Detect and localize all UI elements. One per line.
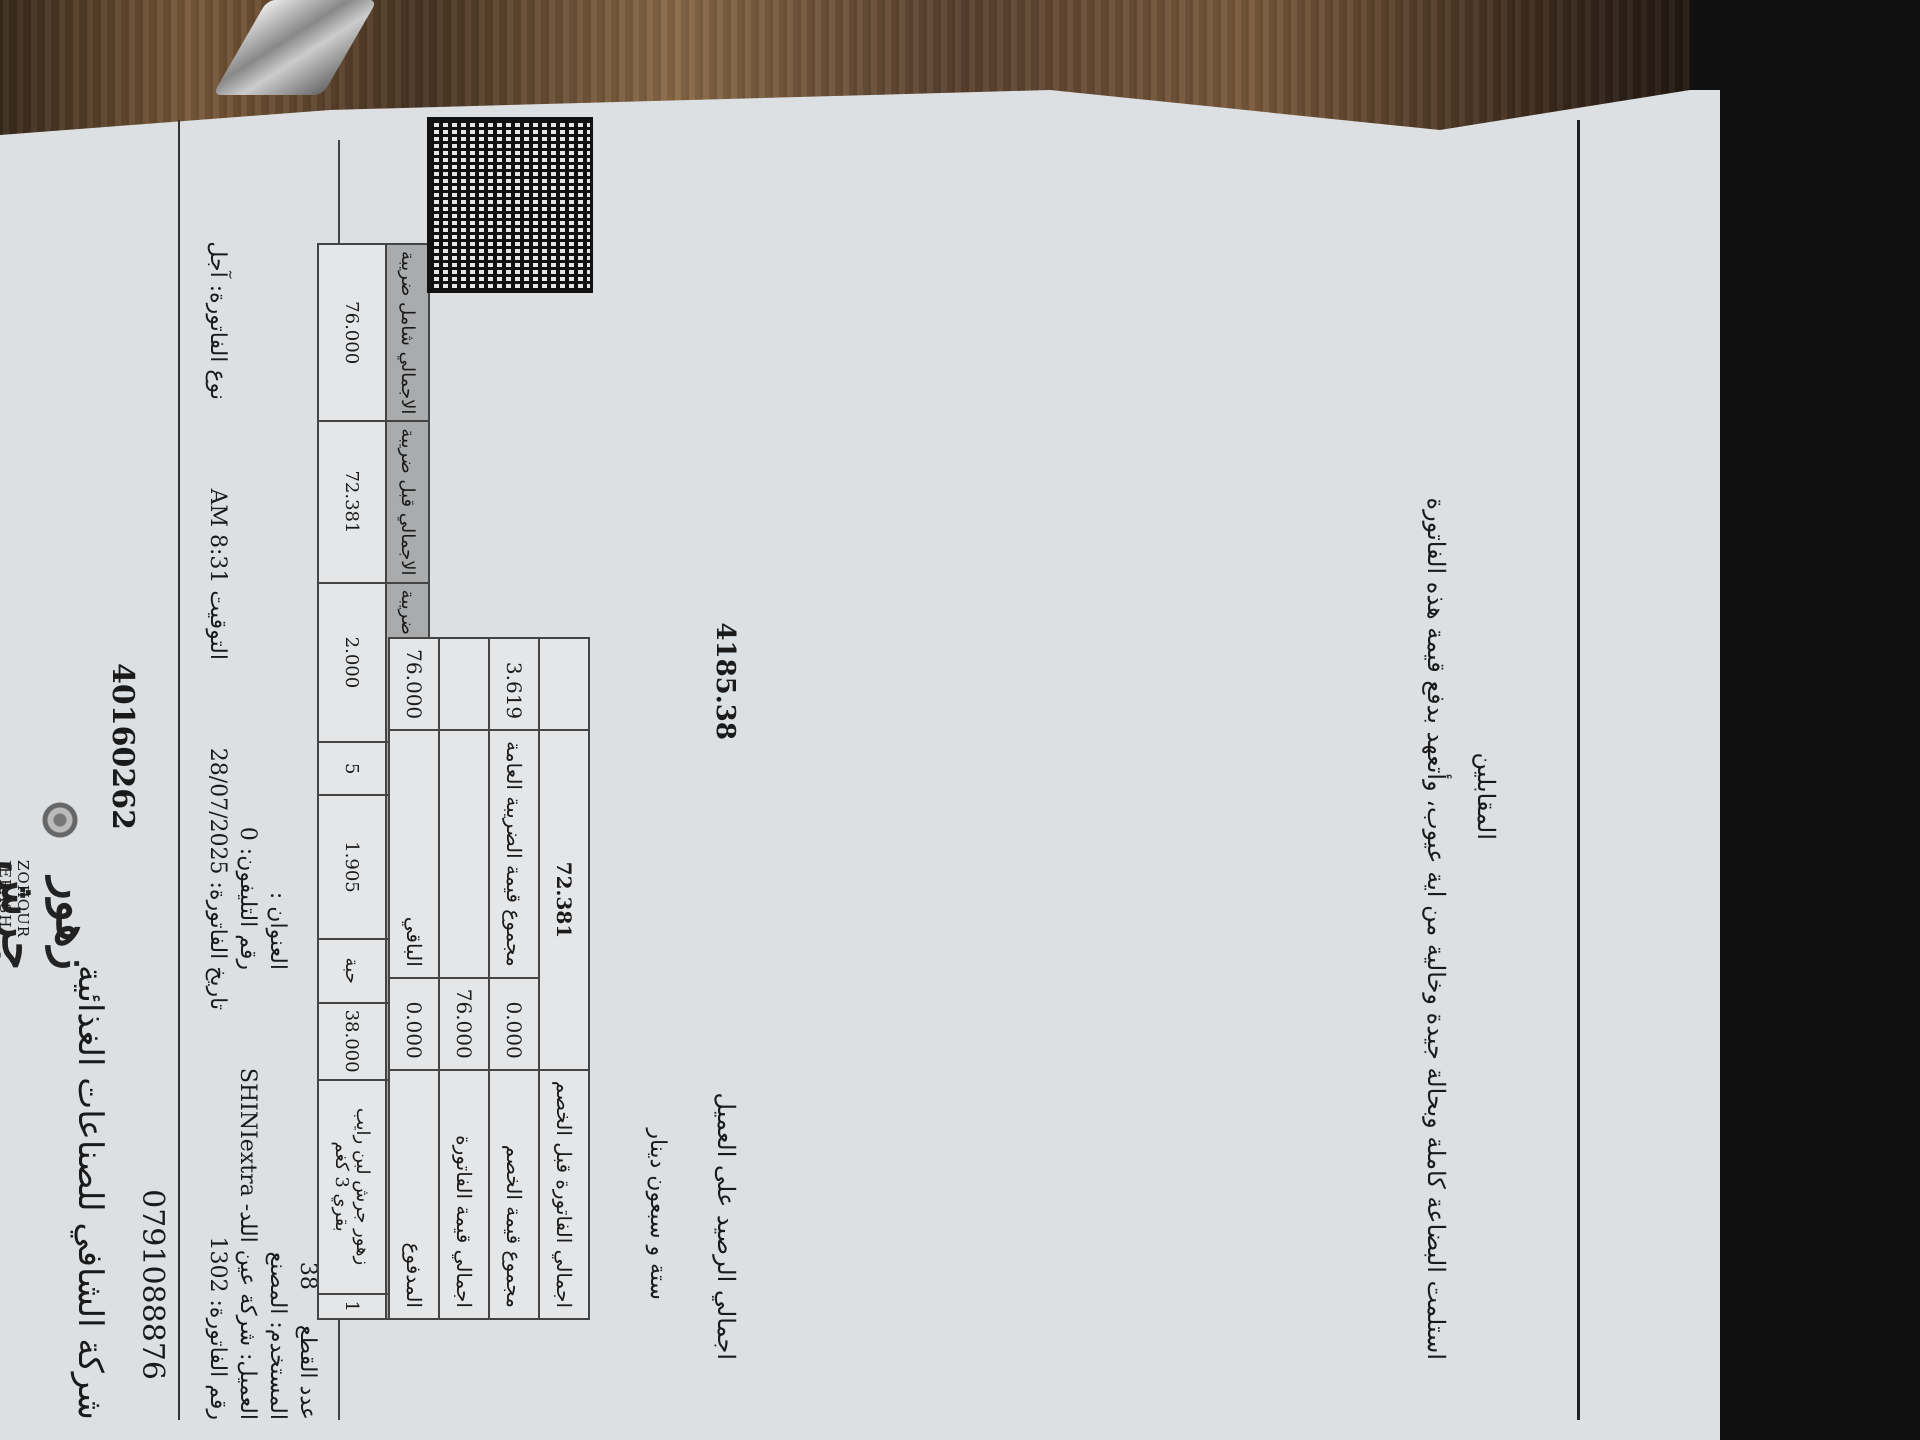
amount-in-words: ستة و سبعون دينار bbox=[645, 1128, 670, 1300]
invoice-number: رقم الفاتورة: 1302 bbox=[205, 1237, 230, 1420]
user-label: المستخدم: bbox=[265, 1321, 290, 1420]
discount-label: مجموع قيمة الخصم bbox=[489, 1070, 539, 1319]
invoice-total-label: اجمالي قيمة الفاتورة bbox=[439, 1070, 489, 1319]
empty-cell bbox=[439, 730, 489, 978]
cell-tax-percent: 5 bbox=[318, 742, 386, 795]
user: المستخدم: المصنع bbox=[265, 1251, 290, 1420]
remaining-label: الباقي bbox=[389, 730, 439, 978]
brand-logo: زهور جرش ZOHOUR JERASH bbox=[10, 780, 100, 970]
invoice-number-value: 1302 bbox=[205, 1237, 230, 1293]
invoice-total-value: 76.000 bbox=[439, 978, 489, 1070]
customer: العميل: شركة عين اللد- SHINIextra bbox=[235, 1068, 260, 1420]
invoice-number-label: رقم الفاتورة: bbox=[205, 1300, 230, 1420]
tax-value: 3.619 bbox=[489, 638, 539, 730]
cell-index: 1 bbox=[318, 1294, 386, 1319]
empty-cell bbox=[439, 638, 489, 730]
registration-number: 40160262 bbox=[105, 663, 140, 830]
address: العنوان : bbox=[265, 892, 290, 970]
brand-english: ZOHOUR JERASH bbox=[0, 860, 32, 970]
invoice-date-label: تاريخ الفاتورة: bbox=[205, 882, 230, 1010]
receipt-statement-line2: المقابلين bbox=[1472, 753, 1500, 840]
col-total-before-tax: الاجمالي قبل ضريبة bbox=[386, 421, 429, 582]
customer-value: شركة عين اللد- SHINIextra bbox=[235, 1068, 260, 1346]
before-discount-value: 72.381 bbox=[539, 730, 589, 1070]
totals-row: اجمالي الفاتورة قبل الخصم 72.381 bbox=[539, 638, 589, 1319]
invoice-time: التوقيت AM 8:31 bbox=[205, 489, 230, 660]
cell-total-incl-tax: 76.000 bbox=[318, 244, 386, 421]
receipt-statement: استلمت البضاعة كاملة وبحالة جيدة وخالية … bbox=[1422, 498, 1450, 1361]
user-value: المصنع bbox=[265, 1251, 290, 1314]
header-divider bbox=[178, 120, 180, 1420]
footer-divider bbox=[1577, 120, 1580, 1420]
address-label: العنوان : bbox=[265, 892, 290, 970]
invoice-date-value: 28/07/2025 bbox=[205, 748, 230, 875]
totals-row: مجموع قيمة الخصم 0.000 مجموع قيمة الضريب… bbox=[489, 638, 539, 1319]
tax-label: مجموع قيمة الضريبة العامة bbox=[489, 730, 539, 978]
col-total-incl-tax: الاجمالي شامل ضريبة bbox=[386, 244, 429, 421]
customer-balance-label: اجمالي الرصيد على العميل bbox=[712, 1093, 740, 1360]
invoice-type: نوع الفاتورة: آجل bbox=[205, 241, 230, 400]
phone-label: رقم التليفون: bbox=[235, 848, 260, 970]
cell-quantity: 38.000 bbox=[318, 1003, 386, 1080]
cell-product: زهور جرش لبن رايب بقري 3 كغم bbox=[318, 1080, 386, 1294]
paid-value: 0.000 bbox=[389, 978, 439, 1070]
invoice-type-label: نوع الفاتورة: bbox=[205, 285, 230, 400]
totals-table: اجمالي الفاتورة قبل الخصم 72.381 مجموع ق… bbox=[388, 637, 590, 1320]
totals-row: المدفوع 0.000 الباقي 76.000 bbox=[389, 638, 439, 1319]
invoice-date: تاريخ الفاتورة: 28/07/2025 bbox=[205, 748, 230, 1010]
cell-price-before-tax: 1.905 bbox=[318, 795, 386, 939]
table-row: 1 زهور جرش لبن رايب بقري 3 كغم 38.000 حب… bbox=[318, 244, 386, 1319]
time-label: التوقيت bbox=[205, 590, 230, 660]
invoice-type-value: آجل bbox=[205, 241, 230, 277]
discount-value: 0.000 bbox=[489, 978, 539, 1070]
pieces-label: عدد القطع bbox=[295, 1325, 320, 1420]
invoice-document: شركة الشافي للصناعات الغذائية 0791088876… bbox=[50, 100, 1670, 1440]
dark-surface bbox=[1690, 0, 1920, 1440]
qr-code bbox=[430, 120, 590, 290]
customer-balance-value: 4185.38 bbox=[710, 622, 740, 740]
time-value: AM 8:31 bbox=[205, 489, 230, 584]
flower-logo-icon bbox=[30, 790, 90, 850]
cell-total-before-tax: 72.381 bbox=[318, 421, 386, 582]
remaining-value: 76.000 bbox=[389, 638, 439, 730]
phone-value: 0 bbox=[235, 827, 260, 841]
company-name: شركة الشافي للصناعات الغذائية bbox=[70, 965, 110, 1420]
cell-unit: حبة bbox=[318, 939, 386, 1003]
paid-label: المدفوع bbox=[389, 1070, 439, 1319]
customer-phone: رقم التليفون: 0 bbox=[235, 827, 260, 970]
totals-row: اجمالي قيمة الفاتورة 76.000 bbox=[439, 638, 489, 1319]
empty-cell bbox=[539, 638, 589, 730]
cell-price-incl-tax: 2.000 bbox=[318, 583, 386, 743]
before-discount-label: اجمالي الفاتورة قبل الخصم bbox=[539, 1070, 589, 1319]
company-phone: 0791088876 bbox=[135, 1189, 170, 1380]
customer-label: العميل: bbox=[235, 1353, 260, 1420]
